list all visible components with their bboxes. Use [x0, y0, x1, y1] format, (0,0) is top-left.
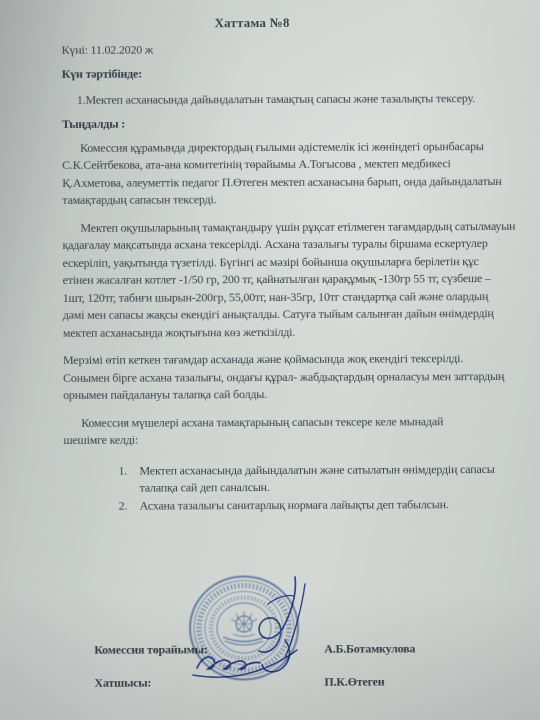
- document-photo: Хаттама №8 Күні: 11.02.2020 ж Күн тәртіб…: [0, 0, 540, 720]
- photo-vignette: [0, 0, 540, 720]
